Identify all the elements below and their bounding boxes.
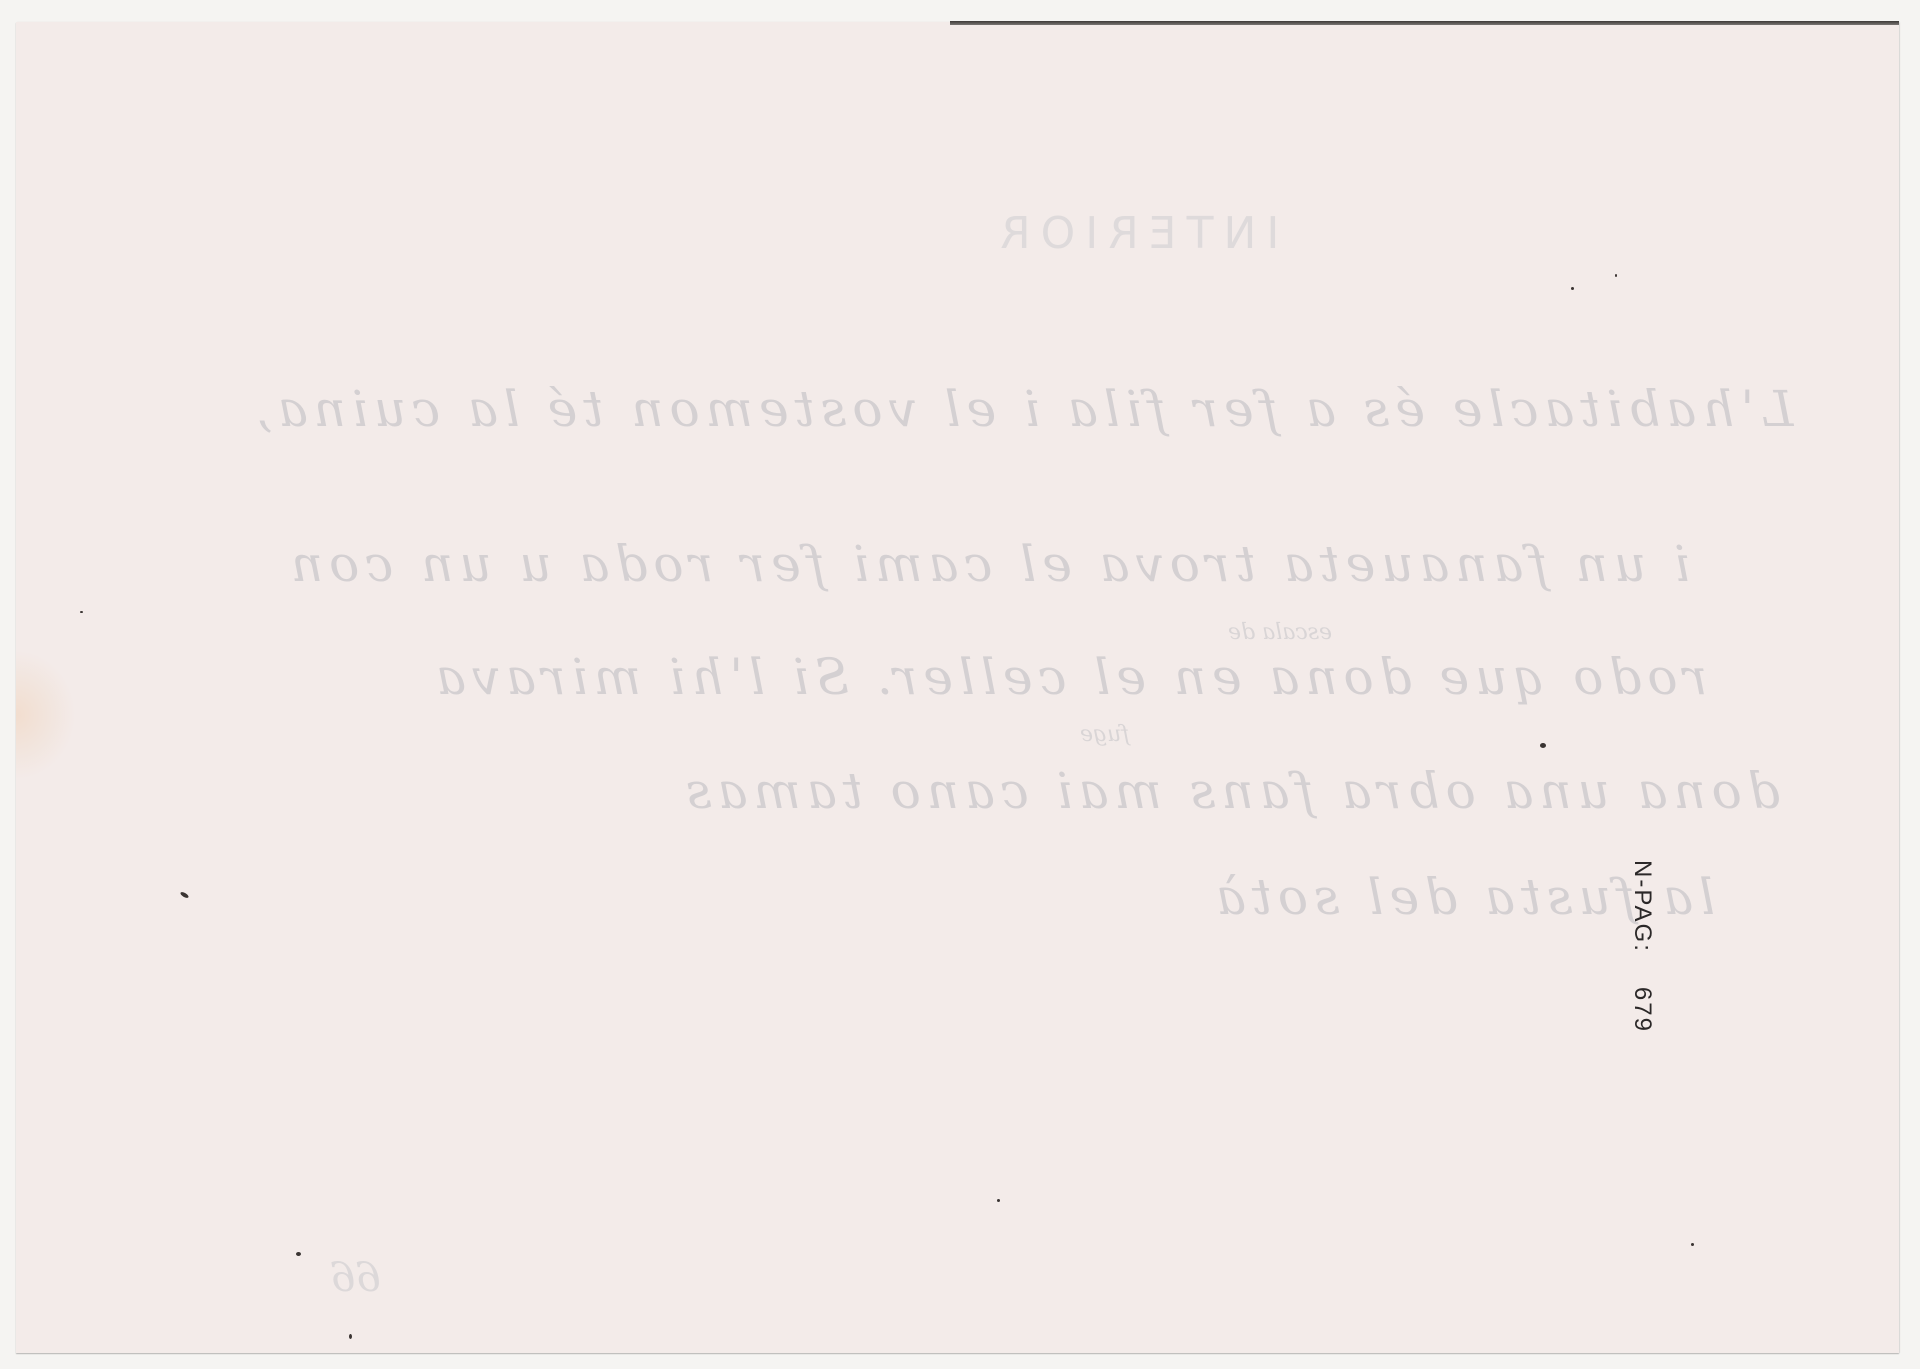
- dust-speck: [1691, 1243, 1694, 1246]
- pencil-mark: 66: [330, 1255, 381, 1301]
- dust-speck: [349, 1334, 352, 1339]
- stamp-label: N-PAG:: [1629, 860, 1656, 953]
- stamp-number: 679: [1629, 987, 1656, 1033]
- show-through-line-5: la fusta del sotà: [1210, 868, 1830, 926]
- dust-speck: [1540, 743, 1546, 748]
- dust-speck: [296, 1252, 301, 1256]
- page-number-stamp: N-PAG:679: [1628, 860, 1656, 1033]
- show-through-line-2: i un fanaueta trova el cami fer roda u u…: [410, 535, 1690, 593]
- dust-speck: [1615, 274, 1617, 277]
- show-through-annotation-1: escala de: [1228, 620, 1332, 645]
- dust-speck: [80, 611, 83, 613]
- show-through-heading: INTERIOR: [990, 208, 1279, 259]
- dust-speck: [1571, 287, 1574, 290]
- show-through-line-4: dona una obra fans mai cano tamas: [680, 762, 1830, 820]
- top-edge-strip: [950, 21, 1899, 25]
- dust-speck: [997, 1199, 1000, 1202]
- show-through-line-3: rodo que dona en el celler. Si l'hi mira…: [430, 648, 1810, 706]
- show-through-line-1: L'habitacle és a fer fila i el vostemon …: [250, 380, 1830, 438]
- show-through-annotation-2: fuge: [1080, 722, 1129, 747]
- scan-background: INTERIOR L'habitacle és a fer fila i el …: [0, 0, 1920, 1369]
- paper-stain: [16, 650, 76, 780]
